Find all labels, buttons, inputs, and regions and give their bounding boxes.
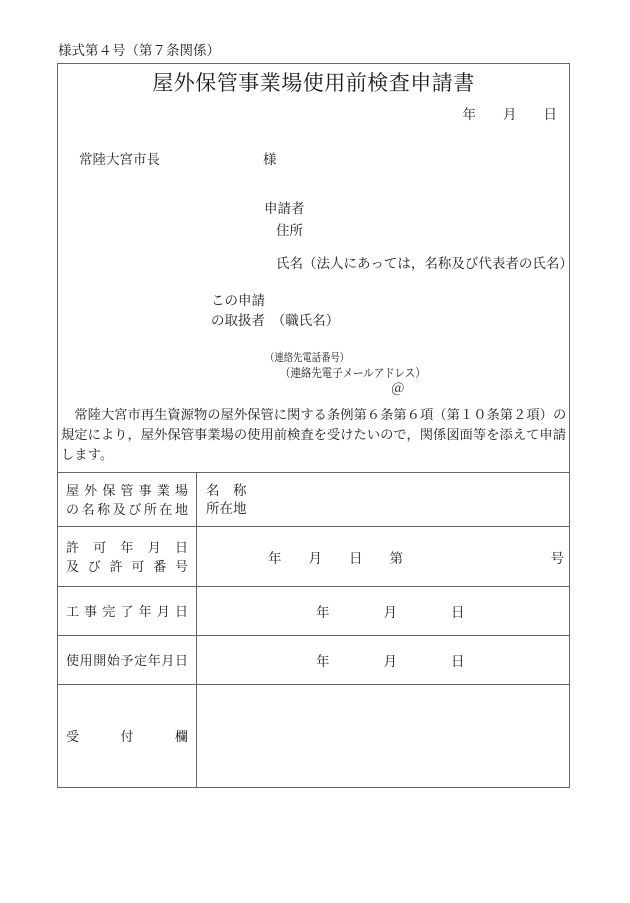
header-date-line: 年 月 日: [463, 103, 558, 123]
table-row-start-date: 使用開始予定年月日 年 月 日: [58, 635, 569, 684]
applicant-name-label: 氏名（法人にあっては，名称及び代表者の氏名）: [276, 252, 573, 272]
row-label-start-date: 使用開始予定年月日: [58, 636, 197, 684]
permit-number-suffix: 号: [551, 547, 565, 567]
row-value-permit: 年 月 日 第 号: [197, 527, 569, 586]
applicant-address-label: 住所: [276, 219, 303, 239]
addressee-honorific: 様: [263, 148, 277, 168]
table-row-permit: 許可年月日 及び許可番号 年 月 日 第 号: [58, 526, 569, 586]
form-number: 様式第４号（第７条関係）: [58, 39, 220, 59]
body-paragraph-line: 常陸大宮市再生資源物の屋外保管に関する条例第６条第６項（第１０条第２項）の: [61, 405, 566, 425]
form-title: 屋外保管事業場使用前検査申請書: [58, 67, 569, 97]
row-value-site-name: 名 称 所在地: [197, 473, 569, 526]
row-label-site-name: 屋外保管事業場 の名称及び所在地: [58, 473, 197, 526]
row-value-reception: [197, 685, 569, 787]
row-label-reception: 受付欄: [58, 685, 197, 787]
contact-phone-label: （連絡先電話番号）: [265, 349, 349, 365]
applicant-label: 申請者: [264, 197, 305, 217]
email-at-mark: ＠: [391, 377, 405, 397]
table-row-site-name: 屋外保管事業場 の名称及び所在地 名 称 所在地: [58, 472, 569, 526]
handler-label-line2: の取扱者 （職氏名）: [211, 309, 339, 329]
body-paragraph: 常陸大宮市再生資源物の屋外保管に関する条例第６条第６項（第１０条第２項）の 規定…: [61, 405, 566, 465]
row-label-completion-date: 工事完了年月日: [58, 587, 197, 635]
handler-label-line1: この申請: [211, 289, 265, 309]
permit-date-fields: 年 月 日 第: [268, 547, 403, 567]
addressee-name: 常陸大宮市長: [79, 148, 160, 168]
body-paragraph-line: します。: [61, 445, 566, 465]
document-page: 様式第４号（第７条関係） 屋外保管事業場使用前検査申請書 年 月 日 常陸大宮市…: [0, 0, 630, 903]
table-row-completion-date: 工事完了年月日 年 月 日: [58, 586, 569, 635]
table-row-reception: 受付欄: [58, 684, 569, 787]
application-table: 屋外保管事業場 の名称及び所在地 名 称 所在地 許可年月日 及び許可番号 年 …: [58, 472, 569, 787]
form-outer-box: 屋外保管事業場使用前検査申請書 年 月 日 常陸大宮市長 様 申請者 住所 氏名…: [57, 63, 570, 788]
body-paragraph-line: 規定により，屋外保管事業場の使用前検査を受けたいので，関係図面等を添えて申請: [61, 425, 566, 445]
row-label-permit: 許可年月日 及び許可番号: [58, 527, 197, 586]
row-value-start-date: 年 月 日: [197, 636, 569, 684]
row-value-completion-date: 年 月 日: [197, 587, 569, 635]
